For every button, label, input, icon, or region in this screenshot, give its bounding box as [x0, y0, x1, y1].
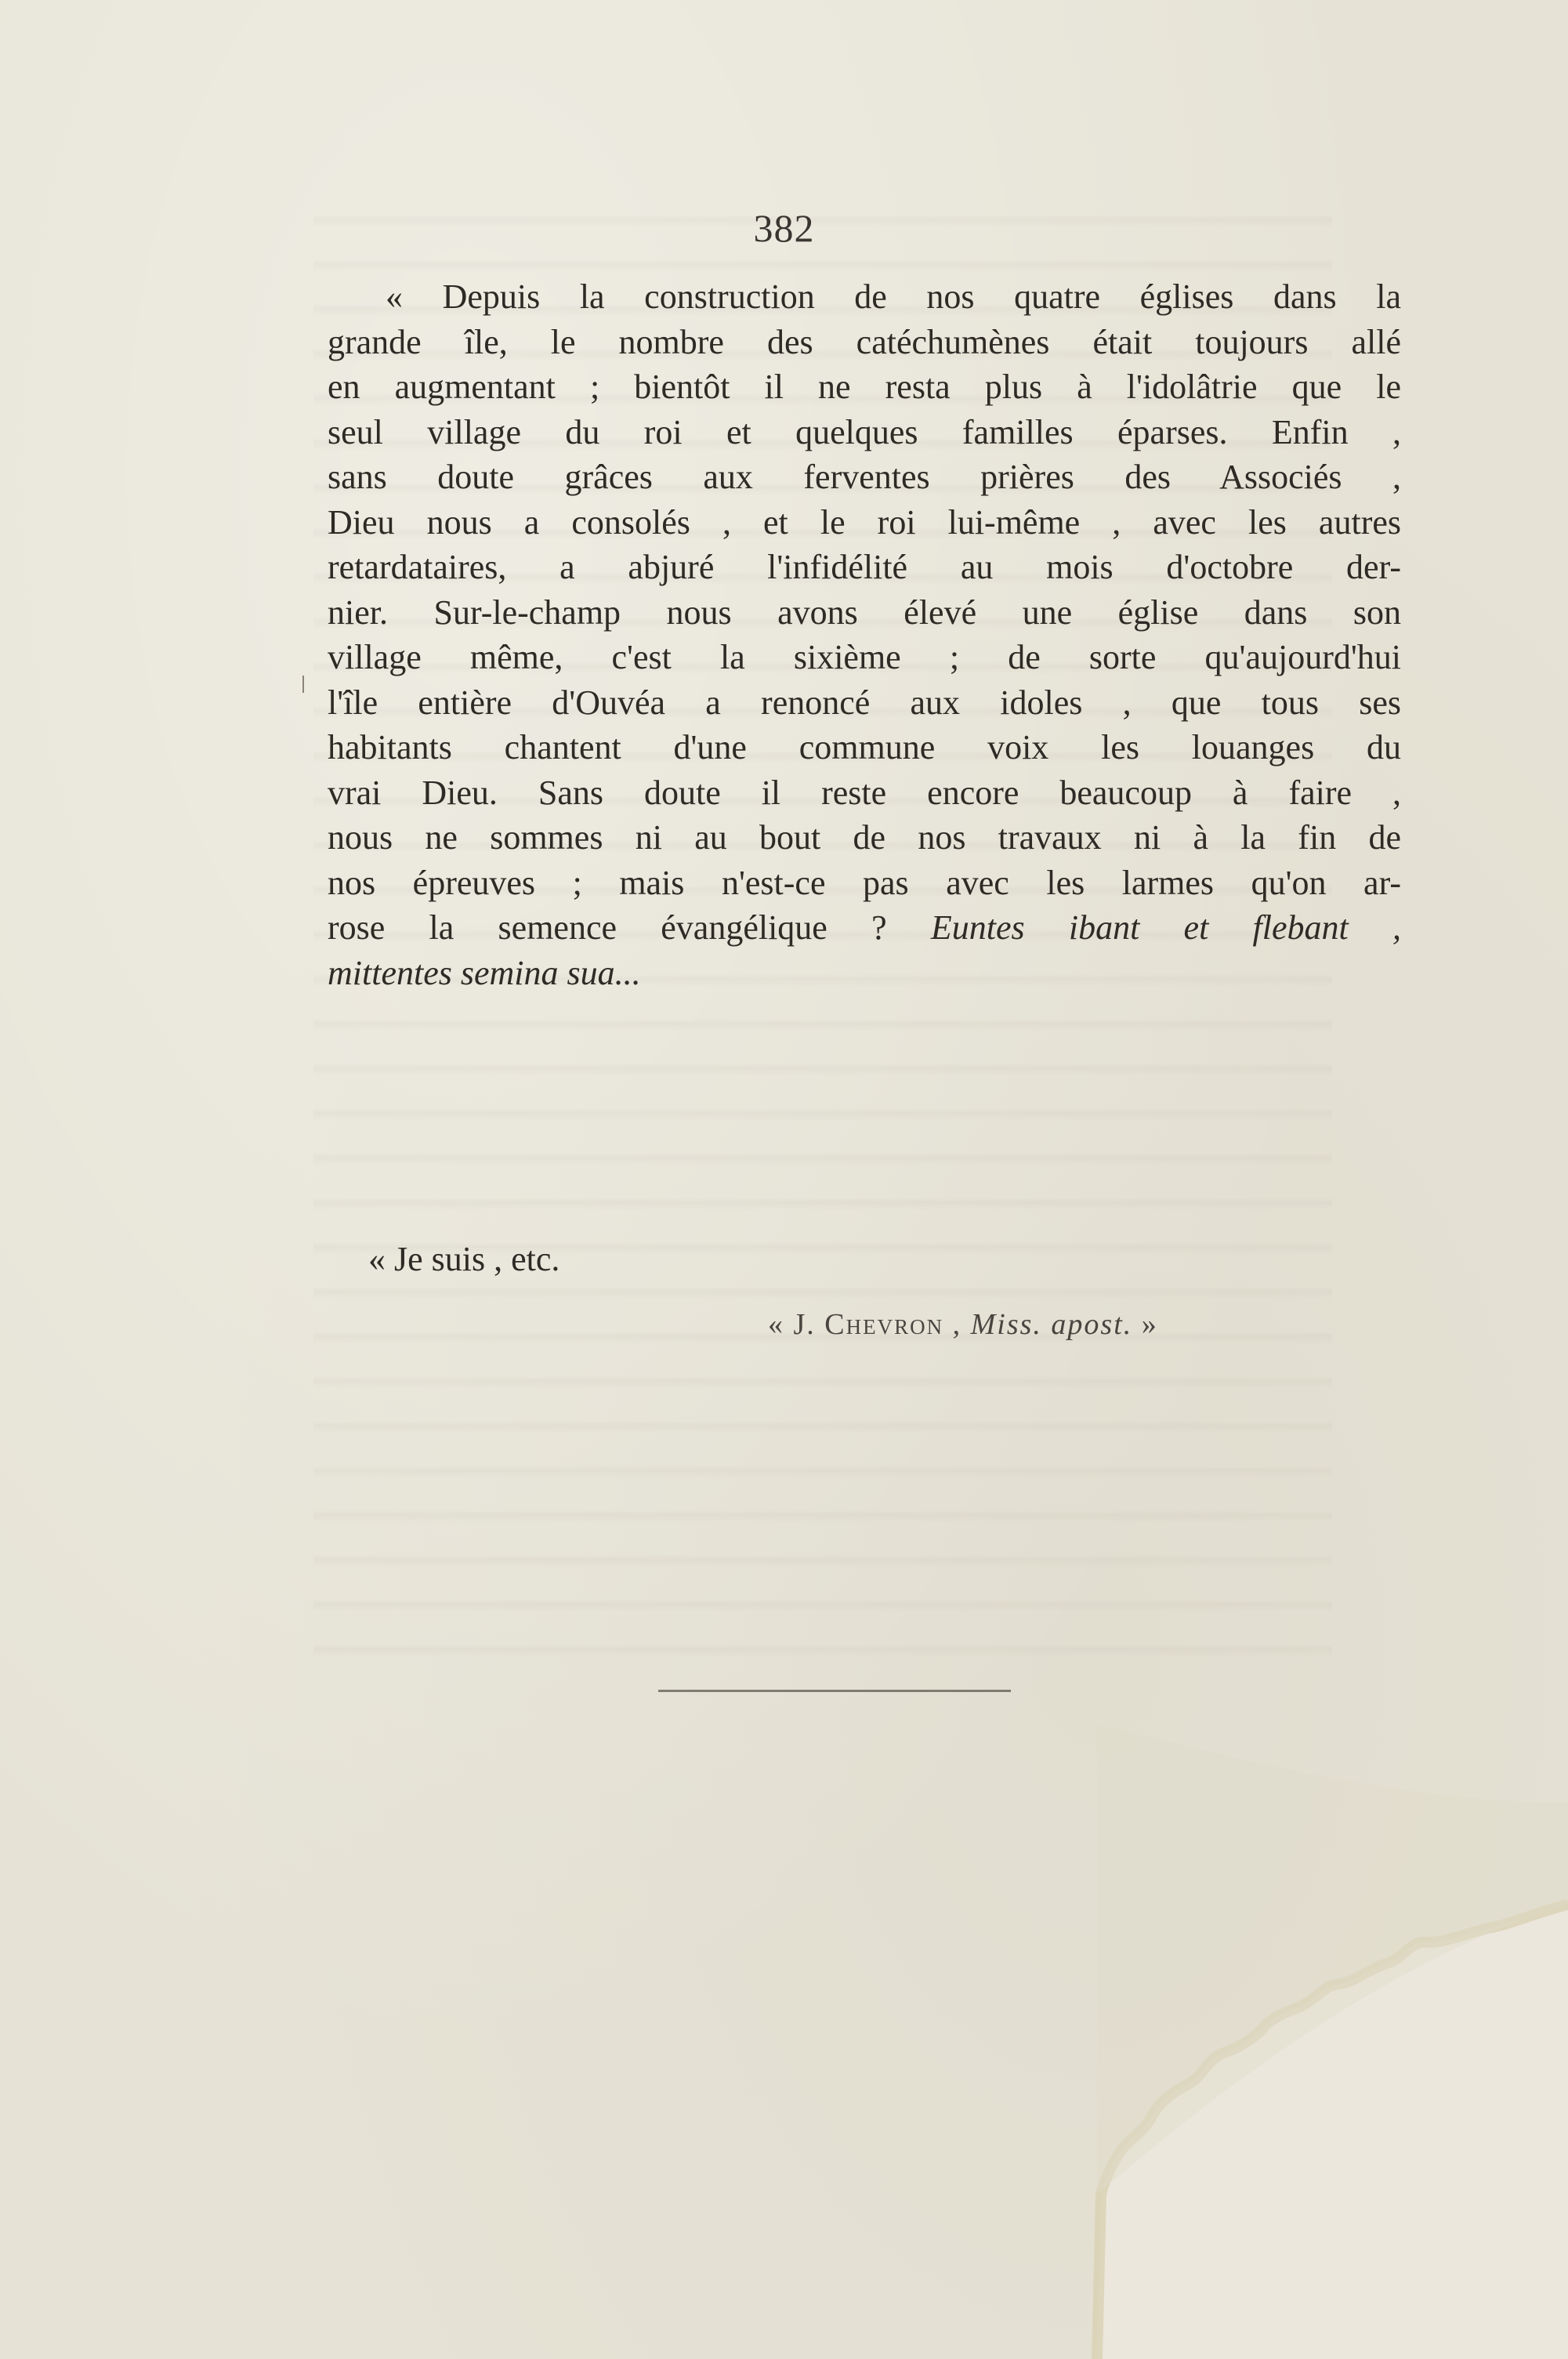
margin-mark: [302, 676, 304, 693]
signature-name: Chevron: [824, 1308, 943, 1341]
body-line: l'île entière d'Ouvéa a renoncé aux idol…: [328, 680, 1401, 726]
body-line: vrai Dieu. Sans doute il reste encore be…: [328, 770, 1401, 816]
signature-title: Miss. apost.: [971, 1308, 1133, 1341]
body-line: habitants chantent d'une commune voix le…: [328, 725, 1401, 770]
closing-formula: « Je suis , etc.: [368, 1237, 559, 1281]
page-number: 382: [0, 205, 1568, 251]
latin-quote: Euntes ibant et flebant ,: [931, 908, 1401, 947]
horizontal-rule: [658, 1690, 1011, 1692]
body-line: nos épreuves ; mais n'est-ce pas avec le…: [328, 861, 1401, 906]
body-line: Dieu nous a consolés , et le roi lui-mêm…: [328, 500, 1401, 545]
body-line-mixed: rose la semence évangélique ? Euntes iba…: [328, 905, 1401, 951]
body-line: « Depuis la construction de nos quatre é…: [328, 274, 1401, 320]
body-line-roman: rose la semence évangélique ?: [328, 908, 887, 947]
open-quote: «: [768, 1308, 784, 1341]
signature-initial: J.: [794, 1308, 816, 1341]
close-quote: »: [1142, 1308, 1158, 1341]
body-line: nier. Sur-le-champ nous avons élevé une …: [328, 590, 1401, 636]
body-line: en augmentant ; bientôt il ne resta plus…: [328, 364, 1401, 410]
signature-separator: ,: [953, 1308, 962, 1341]
body-line: sans doute grâces aux ferventes prières …: [328, 455, 1401, 500]
signature: « J. Chevron , Miss. apost. »: [768, 1307, 1158, 1342]
body-line: retardataires, a abjuré l'infidélité au …: [328, 545, 1401, 590]
body-line: village même, c'est la sixième ; de sort…: [328, 635, 1401, 680]
body-line: nous ne sommes ni au bout de nos travaux…: [328, 815, 1401, 861]
body-line: seul village du roi et quelques familles…: [328, 410, 1401, 455]
letter-body: « Depuis la construction de nos quatre é…: [328, 274, 1401, 995]
body-line: grande île, le nombre des catéchumènes é…: [328, 320, 1401, 365]
latin-quote-end: mittentes semina sua...: [328, 951, 1401, 996]
